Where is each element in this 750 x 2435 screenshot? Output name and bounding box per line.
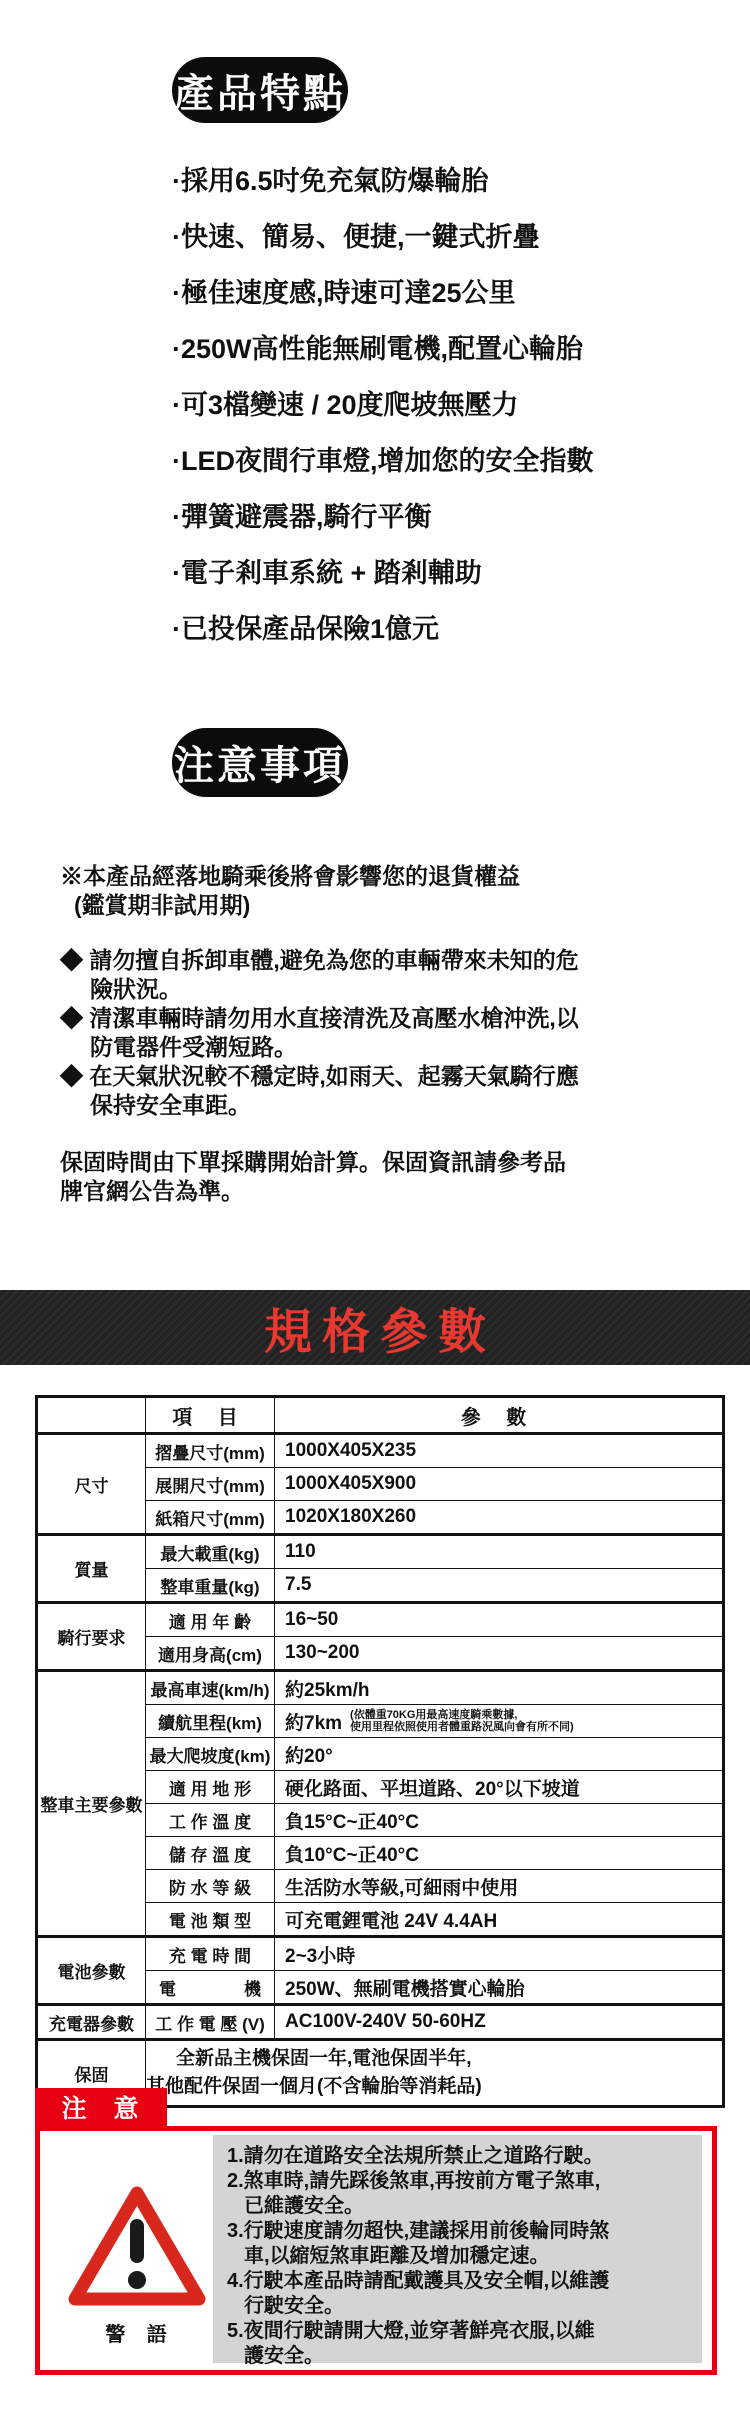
notice-bullets: ◆ 請勿擅自拆卸車體,避免為您的車輛帶來未知的危險狀況。 ◆ 清潔車輛時請勿用水…: [60, 946, 584, 1120]
spec-item: 整車重量(kg): [146, 1569, 275, 1603]
caution-line: 2.煞車時,請先踩後煞車,再按前方電子煞車,: [227, 2169, 692, 2194]
feature-item: ·250W高性能無刷電機,配置心輪胎: [172, 318, 594, 374]
spec-item: 工 作 溫 度: [146, 1804, 275, 1837]
return-policy-note-line1: ※本產品經落地騎乘後將會影響您的退貨權益: [60, 862, 600, 891]
feature-item: ·採用6.5吋免充氣防爆輪胎: [172, 150, 594, 206]
caution-box: 警 語 1.請勿在道路安全法規所禁止之道路行駛。 2.煞車時,請先踩後煞車,再按…: [35, 2126, 717, 2375]
spec-table: 項 目 參 數 尺寸 摺疊尺寸(mm) 1000X405X235 展開尺寸(mm…: [35, 1395, 725, 2108]
feature-item: ·可3檔變速 / 20度爬坡無壓力: [172, 374, 594, 430]
warranty-line2: 其他配件保固一個月(不含輪胎等消耗品): [146, 2073, 722, 2101]
spec-group-label: 電池參數: [37, 1937, 146, 2005]
features-title-pill: 產品特點: [172, 57, 348, 123]
feature-item: ·極佳速度感,時速可達25公里: [172, 262, 594, 318]
table-row: 整車主要參數 最高車速(km/h) 約25km/h: [37, 1671, 724, 1705]
spec-group-label: 騎行要求: [37, 1603, 146, 1671]
spec-value: 110: [275, 1535, 724, 1569]
spec-item: 最大爬坡度(km): [146, 1738, 275, 1771]
range-value: 約7km: [285, 1708, 342, 1735]
return-policy-note-line2: (鑑賞期非試用期): [60, 891, 600, 920]
spec-group-label: 充電器參數: [37, 2005, 146, 2040]
spec-item: 最高車速(km/h): [146, 1671, 275, 1705]
spec-item: 續航里程(km): [146, 1705, 275, 1738]
product-detail-page: 產品特點 ·採用6.5吋免充氣防爆輪胎 ·快速、簡易、便捷,一鍵式折疊 ·極佳速…: [0, 0, 750, 2435]
table-row: 充電器參數 工 作 電 壓 (V) AC100V-240V 50-60HZ: [37, 2005, 724, 2040]
table-row: 電池參數 充 電 時 間 2~3小時: [37, 1937, 724, 1971]
warranty-line1: 全新品主機保固一年,電池保固半年,: [146, 2045, 722, 2073]
spec-item: 展開尺寸(mm): [146, 1468, 275, 1501]
notice-bullet: ◆ 清潔車輛時請勿用水直接清洗及高壓水槍沖洗,以防電器件受潮短路。: [60, 1004, 584, 1062]
spec-value: 16~50: [275, 1603, 724, 1637]
spec-item: 紙箱尺寸(mm): [146, 1501, 275, 1535]
table-row: 尺寸 摺疊尺寸(mm) 1000X405X235: [37, 1434, 724, 1468]
notice-bullet: ◆ 在天氣狀況較不穩定時,如雨天、起霧天氣騎行應保持安全車距。: [60, 1062, 584, 1120]
spec-item: 最大載重(kg): [146, 1535, 275, 1569]
spec-value: 硬化路面、平坦道路、20°以下坡道: [275, 1771, 724, 1804]
feature-item: ·LED夜間行車燈,增加您的安全指數: [172, 430, 594, 486]
spec-value: AC100V-240V 50-60HZ: [275, 2005, 724, 2040]
caution-line: 已維護安全。: [227, 2194, 692, 2219]
warranty-note-line1: 保固時間由下單採購開始計算。保固資訊請參考品: [60, 1148, 600, 1177]
spec-value: 1000X405X900: [275, 1468, 724, 1501]
warning-sign: 警 語: [62, 2183, 212, 2347]
spec-value: 生活防水等級,可細雨中使用: [275, 1870, 724, 1903]
spec-item: 防 水 等 級: [146, 1870, 275, 1903]
warranty-note-line2: 牌官網公告為準。: [60, 1177, 600, 1206]
features-title: 產品特點: [174, 62, 346, 119]
notice-title: 注意事項: [174, 734, 346, 791]
spec-header-item: 項 目: [146, 1397, 275, 1434]
notice-section: ※本產品經落地騎乘後將會影響您的退貨權益 (鑑賞期非試用期) ◆ 請勿擅自拆卸車…: [60, 862, 600, 1206]
spec-item: 適 用 年 齡: [146, 1603, 275, 1637]
caution-line: 1.請勿在道路安全法規所禁止之道路行駛。: [227, 2144, 692, 2169]
feature-item: ·快速、簡易、便捷,一鍵式折疊: [172, 206, 594, 262]
caution-line: 護安全。: [227, 2344, 692, 2369]
spec-value: 負15°C~正40°C: [275, 1804, 724, 1837]
table-row: 質量 最大載重(kg) 110: [37, 1535, 724, 1569]
warranty-note: 保固時間由下單採購開始計算。保固資訊請參考品 牌官網公告為準。: [60, 1148, 600, 1206]
spec-value: 約7km (依體重70KG用最高速度騎乘數據, 使用里程依照使用者體重路況風向會…: [275, 1705, 724, 1738]
spec-item: 電 池 類 型: [146, 1903, 275, 1937]
spec-item: 儲 存 溫 度: [146, 1837, 275, 1870]
feature-item: ·彈簧避震器,騎行平衡: [172, 486, 594, 542]
spec-item: 摺疊尺寸(mm): [146, 1434, 275, 1468]
spec-header-empty: [37, 1397, 146, 1434]
spec-item: 適 用 地 形: [146, 1771, 275, 1804]
caution-line: 車,以縮短煞車距離及增加穩定速。: [227, 2244, 692, 2269]
spec-value: 負10°C~正40°C: [275, 1837, 724, 1870]
spec-value: 1000X405X235: [275, 1434, 724, 1468]
spec-value: 7.5: [275, 1569, 724, 1603]
features-list: ·採用6.5吋免充氣防爆輪胎 ·快速、簡易、便捷,一鍵式折疊 ·極佳速度感,時速…: [172, 150, 594, 654]
warranty-cell: 全新品主機保固一年,電池保固半年, 其他配件保固一個月(不含輪胎等消耗品): [146, 2040, 724, 2107]
feature-item: ·電子剎車系統 + 踏剎輔助: [172, 542, 594, 598]
notice-bullet: ◆ 請勿擅自拆卸車體,避免為您的車輛帶來未知的危險狀況。: [60, 946, 584, 1004]
range-footnote: (依體重70KG用最高速度騎乘數據, 使用里程依照使用者體重路況風向會有所不同): [350, 1709, 574, 1733]
spec-header-row: 項 目 參 數: [37, 1397, 724, 1434]
caution-list: 1.請勿在道路安全法規所禁止之道路行駛。 2.煞車時,請先踩後煞車,再按前方電子…: [213, 2135, 702, 2363]
feature-item: ·已投保產品保險1億元: [172, 598, 594, 654]
notice-title-pill: 注意事項: [172, 728, 348, 797]
specs-banner-title: 規格參數: [254, 1293, 496, 1362]
spec-group-label: 尺寸: [37, 1434, 146, 1535]
spec-value: 250W、無刷電機搭實心輪胎: [275, 1971, 724, 2005]
caution-line: 5.夜間行駛請開大燈,並穿著鮮亮衣服,以維: [227, 2319, 692, 2344]
caution-line: 4.行駛本產品時請配戴護具及安全帽,以維護: [227, 2269, 692, 2294]
spec-item: 電 機: [146, 1971, 275, 2005]
warning-triangle-icon: [67, 2183, 207, 2309]
table-row: 騎行要求 適 用 年 齡 16~50: [37, 1603, 724, 1637]
spec-value: 可充電鋰電池 24V 4.4AH: [275, 1903, 724, 1937]
spec-item: 適用身高(cm): [146, 1637, 275, 1671]
spec-value: 約25km/h: [275, 1671, 724, 1705]
spec-item: 充 電 時 間: [146, 1937, 275, 1971]
spec-value: 約20°: [275, 1738, 724, 1771]
spec-header-param: 參 數: [275, 1397, 724, 1434]
spec-group-label: 整車主要參數: [37, 1671, 146, 1937]
caution-tab: 注 意: [35, 2088, 167, 2126]
specs-banner: 規格參數: [0, 1290, 750, 1365]
spec-value: 130~200: [275, 1637, 724, 1671]
caution-line: 行駛安全。: [227, 2294, 692, 2319]
spec-item: 工 作 電 壓 (V): [146, 2005, 275, 2040]
spec-value: 2~3小時: [275, 1937, 724, 1971]
spec-group-label: 質量: [37, 1535, 146, 1603]
spec-value: 1020X180X260: [275, 1501, 724, 1535]
warning-sign-label: 警 語: [62, 2318, 212, 2347]
caution-line: 3.行駛速度請勿超快,建議採用前後輪同時煞: [227, 2219, 692, 2244]
